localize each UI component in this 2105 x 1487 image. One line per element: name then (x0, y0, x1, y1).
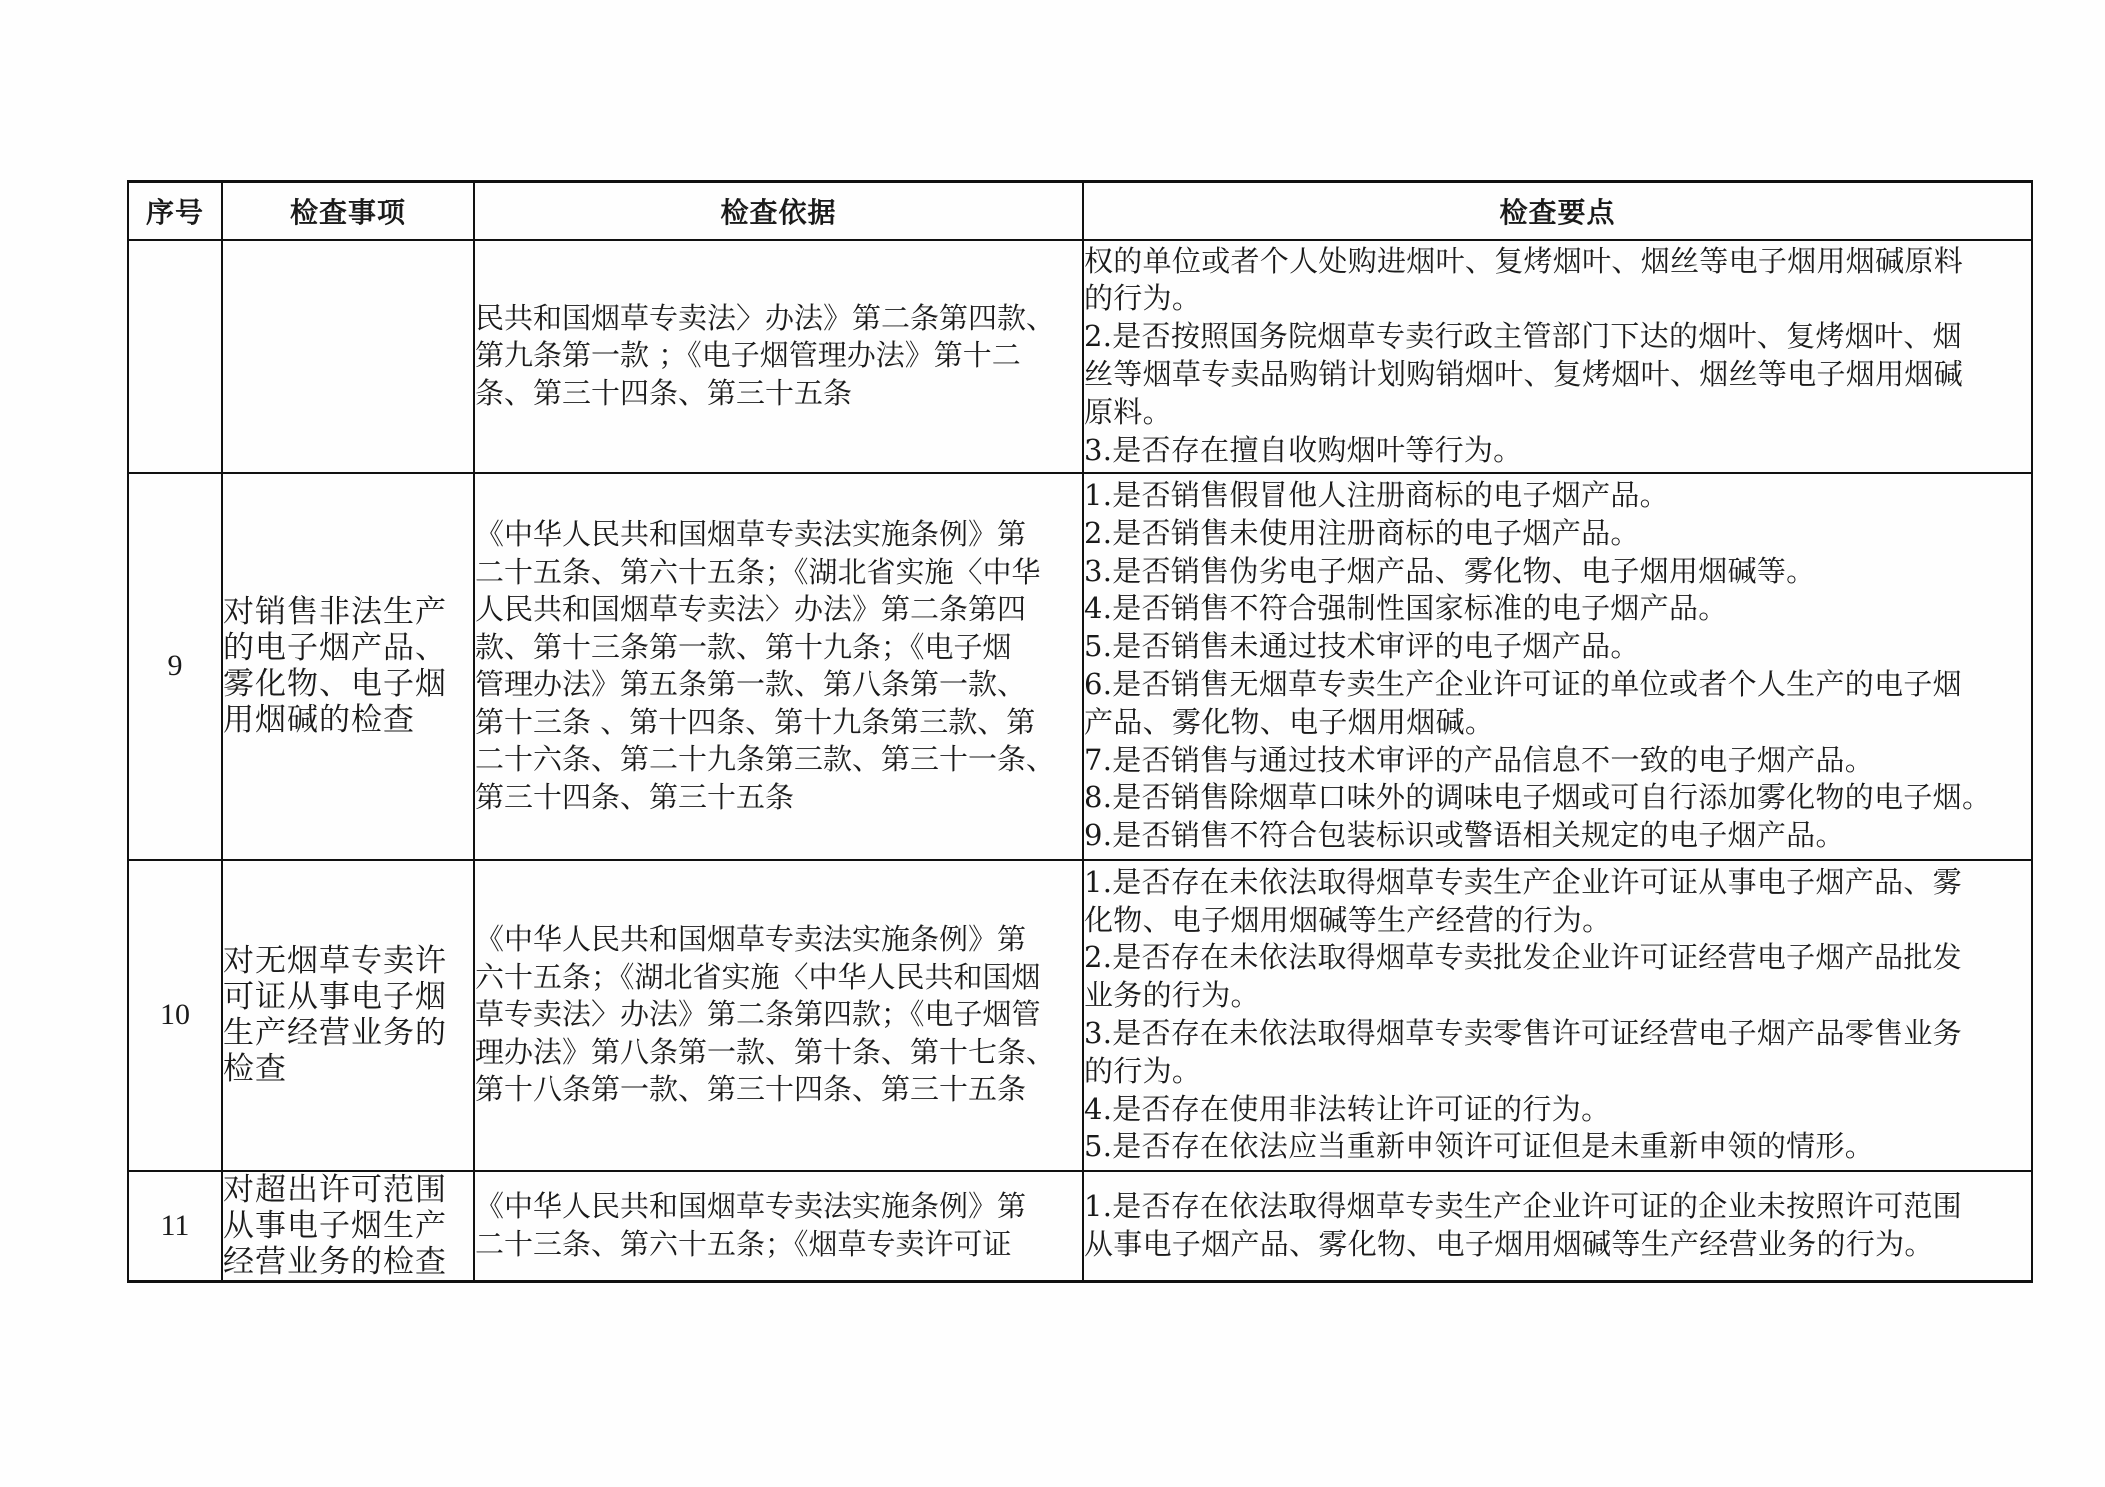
item-line: 可证从事电子烟 (223, 979, 473, 1015)
cell-basis: 《中华人民共和国烟草专卖法实施条例》第 六十五条；《湖北省实施〈中华人民共和国烟… (474, 860, 1083, 1171)
row-number: 11 (161, 1209, 190, 1242)
item-line: 用烟碱的检查 (223, 702, 473, 738)
item-line: 从事电子烟生产 (223, 1208, 473, 1244)
basis-line: 二十三条、第六十五条；《烟草专卖许可证 (475, 1226, 1082, 1264)
basis-line: 《中华人民共和国烟草专卖法实施条例》第 (475, 921, 1082, 959)
cell-item (222, 240, 474, 473)
item-line: 生产经营业务的 (223, 1015, 473, 1051)
point-line: 5.是否销售未通过技术审评的电子烟产品。 (1084, 628, 2031, 666)
basis-line: 民共和国烟草专卖法〉办法》第二条第四款、 (475, 300, 1082, 338)
point-line: 业务的行为。 (1084, 977, 2031, 1015)
cell-points: 权的单位或者个人处购进烟叶、复烤烟叶、烟丝等电子烟用烟碱原料 的行为。 2.是否… (1083, 240, 2032, 473)
cell-item: 对超出许可范围 从事电子烟生产 经营业务的检查 (222, 1171, 474, 1282)
header-index: 序号 (128, 182, 222, 240)
cell-index: 10 (128, 860, 222, 1171)
table-row: 10 对无烟草专卖许 可证从事电子烟 生产经营业务的 检查 《中华人民共和国烟草… (128, 860, 2032, 1171)
cell-basis: 民共和国烟草专卖法〉办法》第二条第四款、 第九条第一款 ；《电子烟管理办法》第十… (474, 240, 1083, 473)
point-line: 4.是否存在使用非法转让许可证的行为。 (1084, 1091, 2031, 1129)
point-line: 的行为。 (1084, 280, 2031, 318)
cell-index (128, 240, 222, 473)
header-inspection-basis: 检查依据 (474, 182, 1083, 240)
basis-line: 二十六条、第二十九条第三款、第三十一条、 (475, 741, 1082, 779)
item-line: 对销售非法生产 (223, 594, 473, 630)
basis-line: 草专卖法〉办法》第二条第四款；《电子烟管 (475, 996, 1082, 1034)
point-line: 化物、电子烟用烟碱等生产经营的行为。 (1084, 902, 2031, 940)
point-line: 1.是否销售假冒他人注册商标的电子烟产品。 (1084, 477, 2031, 515)
point-line: 权的单位或者个人处购进烟叶、复烤烟叶、烟丝等电子烟用烟碱原料 (1084, 243, 2031, 281)
basis-line: 理办法》第八条第一款、第十条、第十七条、 (475, 1034, 1082, 1072)
point-line: 9.是否销售不符合包装标识或警语相关规定的电子烟产品。 (1084, 817, 2031, 855)
basis-line: 第三十四条、第三十五条 (475, 779, 1082, 817)
point-line: 8.是否销售除烟草口味外的调味电子烟或可自行添加雾化物的电子烟。 (1084, 779, 2031, 817)
row-number: 10 (160, 998, 190, 1031)
point-line: 5.是否存在依法应当重新申领许可证但是未重新申领的情形。 (1084, 1128, 2031, 1166)
point-line: 1.是否存在未依法取得烟草专卖生产企业许可证从事电子烟产品、雾 (1084, 864, 2031, 902)
basis-line: 《中华人民共和国烟草专卖法实施条例》第 (475, 1188, 1082, 1226)
row-number: 9 (168, 649, 183, 682)
point-line: 2.是否按照国务院烟草专卖行政主管部门下达的烟叶、复烤烟叶、烟 (1084, 318, 2031, 356)
item-line: 的电子烟产品、 (223, 630, 473, 666)
item-line: 雾化物、电子烟 (223, 666, 473, 702)
table-row: 11 对超出许可范围 从事电子烟生产 经营业务的检查 《中华人民共和国烟草专卖法… (128, 1171, 2032, 1282)
basis-line: 人民共和国烟草专卖法〉办法》第二条第四 (475, 591, 1082, 629)
basis-line: 第九条第一款 ；《电子烟管理办法》第十二 (475, 337, 1082, 375)
point-line: 产品、雾化物、电子烟用烟碱。 (1084, 704, 2031, 742)
header-inspection-points: 检查要点 (1083, 182, 2032, 240)
cell-index: 11 (128, 1171, 222, 1282)
item-line: 经营业务的检查 (223, 1244, 473, 1280)
basis-line: 六十五条；《湖北省实施〈中华人民共和国烟 (475, 959, 1082, 997)
item-line: 对无烟草专卖许 (223, 943, 473, 979)
point-line: 3.是否存在擅自收购烟叶等行为。 (1084, 432, 2031, 470)
point-line: 2.是否销售未使用注册商标的电子烟产品。 (1084, 515, 2031, 553)
point-line: 7.是否销售与通过技术审评的产品信息不一致的电子烟产品。 (1084, 742, 2031, 780)
inspection-table: 序号 检查事项 检查依据 检查要点 民共和国烟草专卖法〉办法》第二条第四款、 第… (127, 180, 2033, 1283)
point-line: 从事电子烟产品、雾化物、电子烟用烟碱等生产经营业务的行为。 (1084, 1226, 2031, 1264)
point-line: 丝等烟草专卖品购销计划购销烟叶、复烤烟叶、烟丝等电子烟用烟碱 (1084, 356, 2031, 394)
item-line: 对超出许可范围 (223, 1172, 473, 1208)
basis-line: 第十八条第一款、第三十四条、第三十五条 (475, 1071, 1082, 1109)
point-line: 2.是否存在未依法取得烟草专卖批发企业许可证经营电子烟产品批发 (1084, 939, 2031, 977)
point-line: 1.是否存在依法取得烟草专卖生产企业许可证的企业未按照许可范围 (1084, 1188, 2031, 1226)
table-header-row: 序号 检查事项 检查依据 检查要点 (128, 182, 2032, 240)
basis-line: 《中华人民共和国烟草专卖法实施条例》第 (475, 516, 1082, 554)
cell-basis: 《中华人民共和国烟草专卖法实施条例》第 二十五条、第六十五条；《湖北省实施〈中华… (474, 473, 1083, 860)
cell-index: 9 (128, 473, 222, 860)
basis-line: 条、第三十四条、第三十五条 (475, 375, 1082, 413)
header-inspection-item: 检查事项 (222, 182, 474, 240)
cell-basis: 《中华人民共和国烟草专卖法实施条例》第 二十三条、第六十五条；《烟草专卖许可证 (474, 1171, 1083, 1282)
table-row: 民共和国烟草专卖法〉办法》第二条第四款、 第九条第一款 ；《电子烟管理办法》第十… (128, 240, 2032, 473)
point-line: 3.是否存在未依法取得烟草专卖零售许可证经营电子烟产品零售业务 (1084, 1015, 2031, 1053)
point-line: 的行为。 (1084, 1053, 2031, 1091)
basis-line: 第十三条 、第十四条、第十九条第三款、第 (475, 704, 1082, 742)
point-line: 6.是否销售无烟草专卖生产企业许可证的单位或者个人生产的电子烟 (1084, 666, 2031, 704)
table-row: 9 对销售非法生产 的电子烟产品、 雾化物、电子烟 用烟碱的检查 《中华人民共和… (128, 473, 2032, 860)
cell-item: 对销售非法生产 的电子烟产品、 雾化物、电子烟 用烟碱的检查 (222, 473, 474, 860)
cell-points: 1.是否销售假冒他人注册商标的电子烟产品。 2.是否销售未使用注册商标的电子烟产… (1083, 473, 2032, 860)
basis-line: 二十五条、第六十五条；《湖北省实施〈中华 (475, 554, 1082, 592)
point-line: 4.是否销售不符合强制性国家标准的电子烟产品。 (1084, 590, 2031, 628)
item-line: 检查 (223, 1051, 473, 1087)
point-line: 原料。 (1084, 394, 2031, 432)
cell-item: 对无烟草专卖许 可证从事电子烟 生产经营业务的 检查 (222, 860, 474, 1171)
cell-points: 1.是否存在未依法取得烟草专卖生产企业许可证从事电子烟产品、雾 化物、电子烟用烟… (1083, 860, 2032, 1171)
basis-line: 管理办法》第五条第一款、第八条第一款、 (475, 666, 1082, 704)
basis-line: 款、第十三条第一款、第十九条；《电子烟 (475, 629, 1082, 667)
point-line: 3.是否销售伪劣电子烟产品、雾化物、电子烟用烟碱等。 (1084, 553, 2031, 591)
cell-points: 1.是否存在依法取得烟草专卖生产企业许可证的企业未按照许可范围 从事电子烟产品、… (1083, 1171, 2032, 1282)
